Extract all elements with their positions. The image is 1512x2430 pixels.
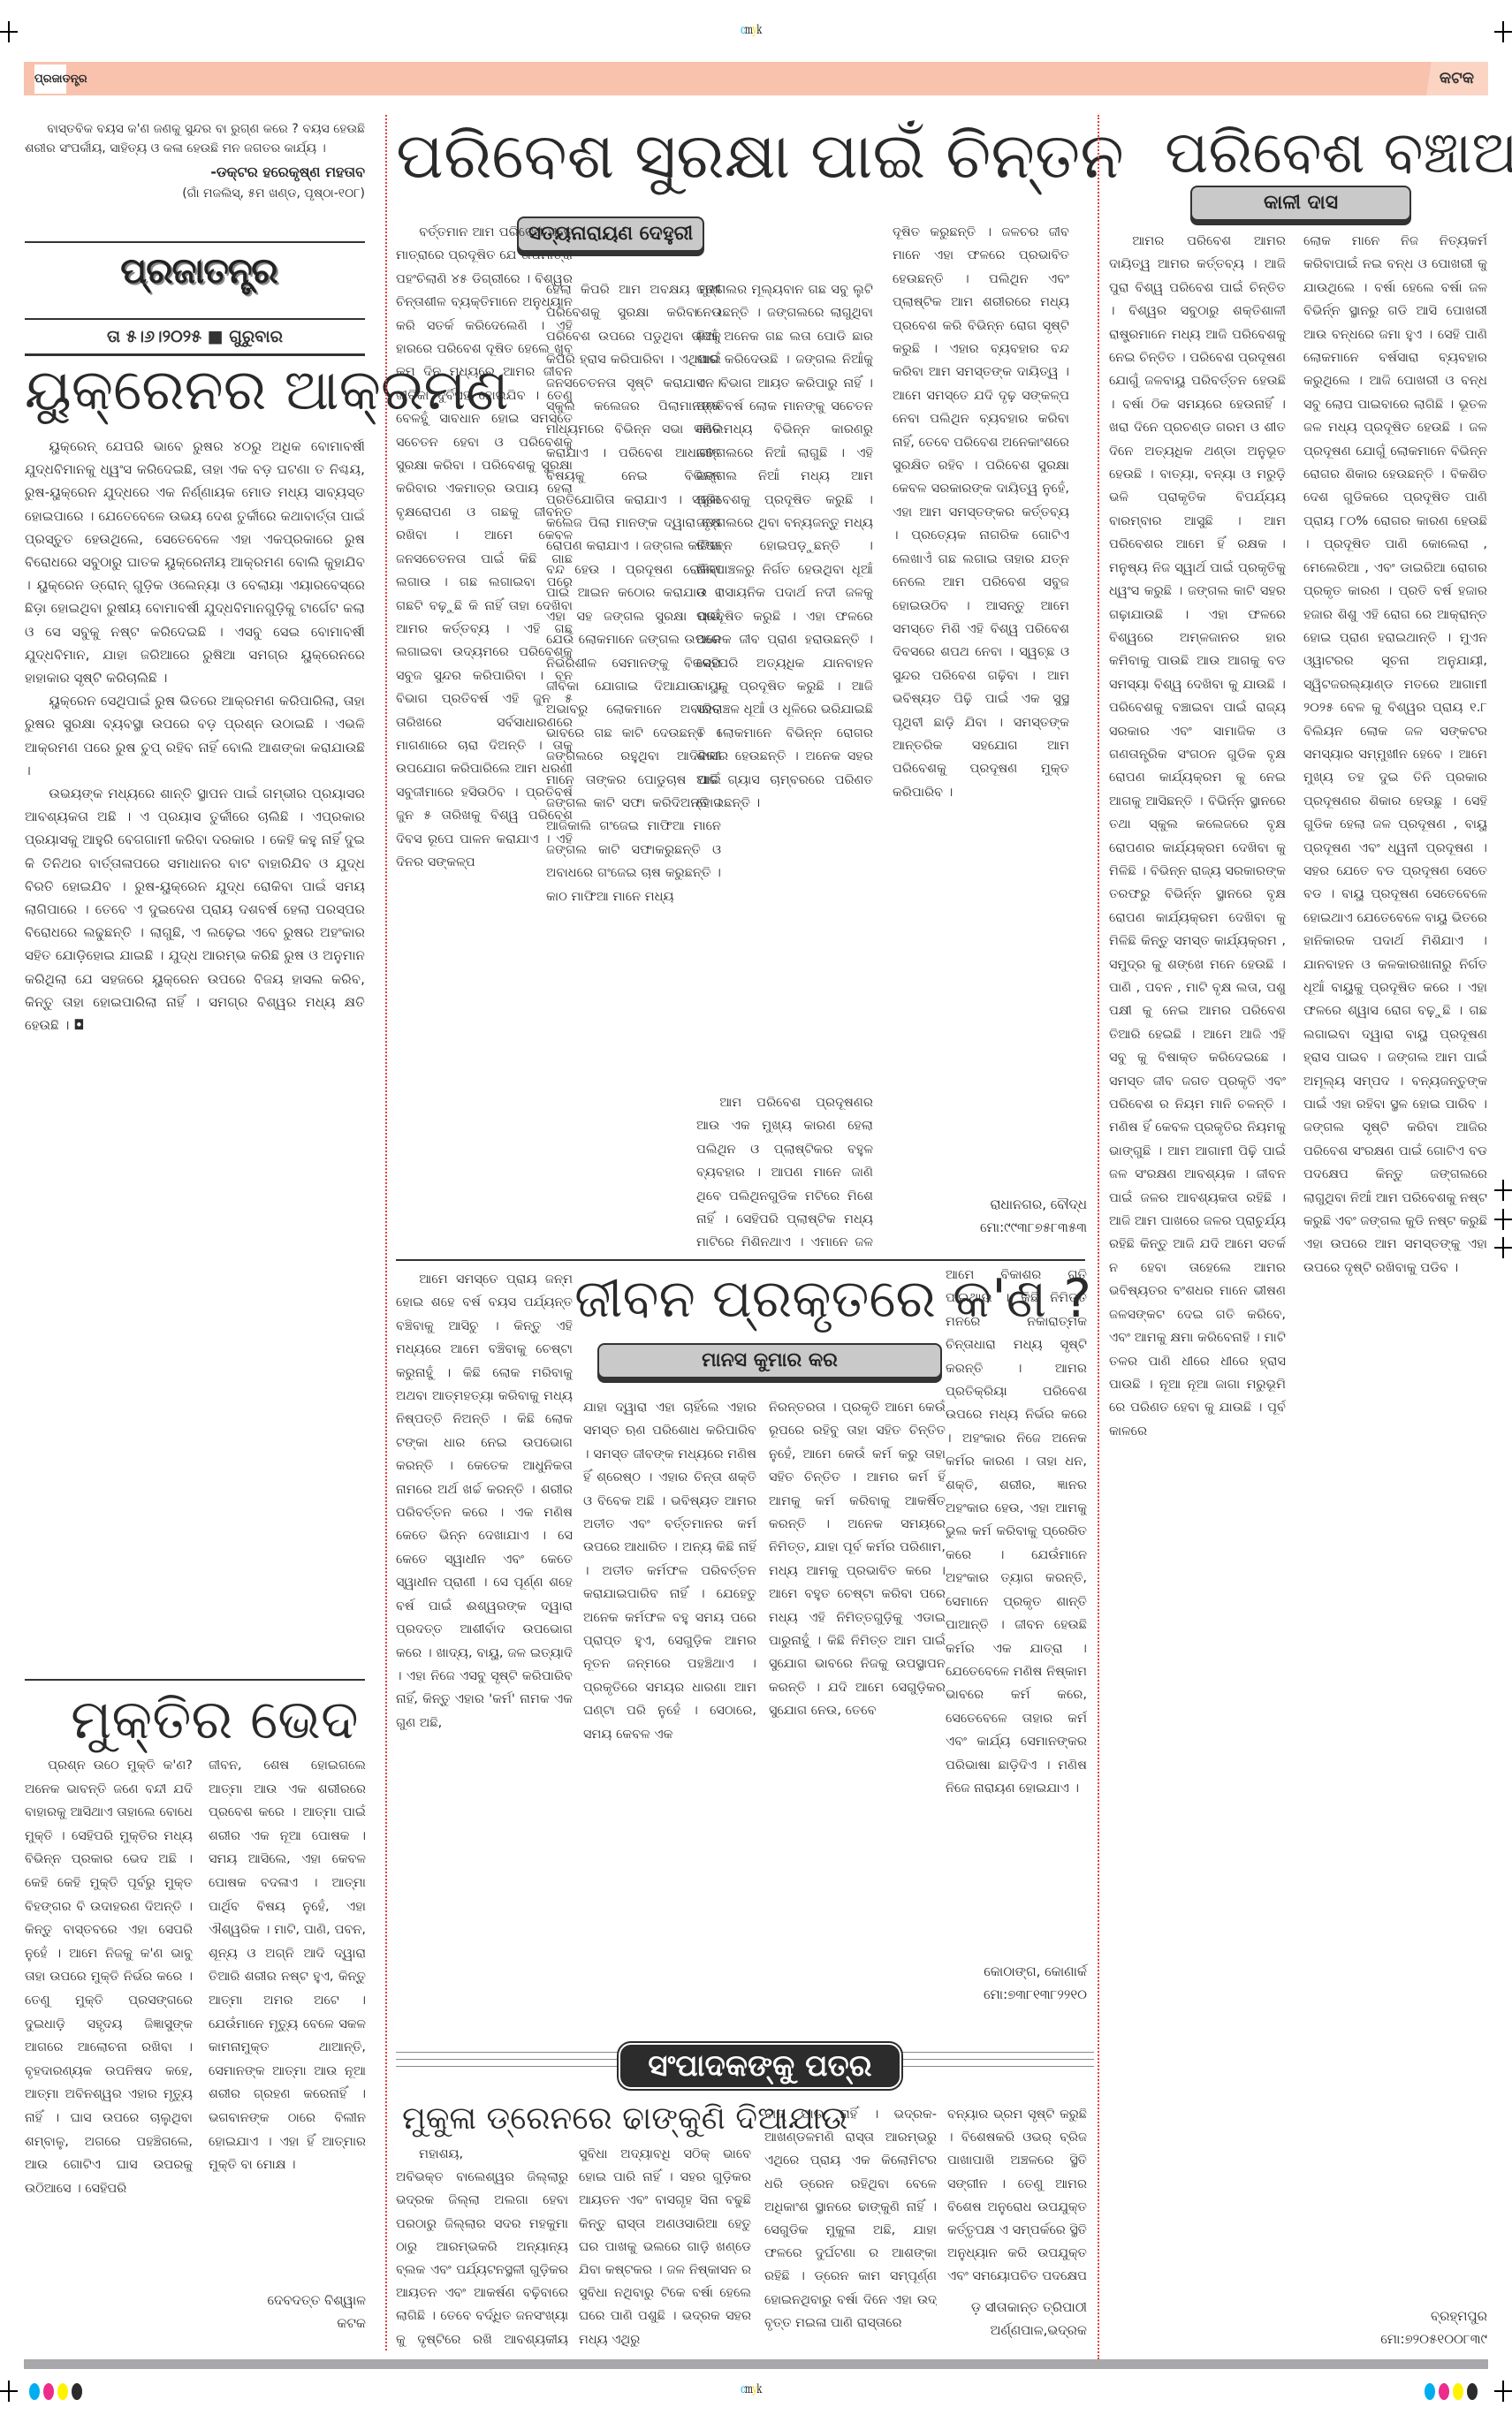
cmyk-label-top: cmyk [741,23,761,37]
author-phone: ମୋ:୯୯୩୮୭୫୮୩୫୩ [893,1216,1087,1239]
editorial-paragraph: ୟୁକ୍ରେନ ସେଥିପାଇଁ ରୁଷ ଭିତରେ ଆକ୍ରମଣ କରିପାର… [25,689,365,782]
author-phone: ମୋ:୭୩୮୧୩୮୨୨୧୦ [937,1983,1087,2006]
author-place: ଅର୍ଣ୍ଣପାଳ,ଭଦ୍ରକ [947,2319,1087,2342]
letter-signature: ଡ଼ ସୀତାକାନ୍ତ ତ୍ରିପାଠୀ ଅର୍ଣ୍ଣପାଳ,ଭଦ୍ରକ [947,2296,1087,2342]
cmyk-label-bottom: cmyk [741,2382,761,2396]
masthead-bar: ପ୍ରଜାତନ୍ତ୍ର କଟକ [24,62,1488,95]
life-article-headline: ଜୀବନ ପ୍ରକୃତରେ କ'ଣ ? [574,1272,946,1325]
masthead-logo: ପ୍ରଜାତନ୍ତ୍ର [34,65,66,94]
main-article-col-3: ଜଙ୍ଗଲର ମୂଲ୍ୟବାନ ଗଛ ସବୁ ଲୁଟି ନେଉଛନ୍ତି । ଜ… [696,278,873,1056]
letter-headline: ମୁକୁଳା ଡ୍ରେନରେ ଢାଙ୍କୁଣି ଦିଆଯାଉ [402,2103,756,2135]
magenta-dot [1439,2383,1449,2400]
crop-mark-top-right [1494,21,1512,42]
spiritual-headline: ମୁକ୍ତିର ଭେଦ [71,1692,336,1747]
quote-author: -ଡକ୍ଟର ହରେକୃଷ୍ଣ ମହତାବ [25,163,365,181]
article-paragraph: ଦୂଷିତ କରୁଛନ୍ତି । ଜଳଚର ଜୀବ ମାନେ ଏହା ଫଳରେ … [893,221,1069,804]
crop-mark-right [1494,1209,1512,1230]
article-paragraph: ଲୋକ ମାନେ ନିଜ ନିତ୍ୟକର୍ମ କରିବାପାଇଁ ନଇ ବନ୍ଧ… [1303,230,1487,1280]
author-place: ରାଧାନଗର, ବୌଦ୍ଧ [893,1193,1087,1216]
author-phone: ମୋ:୭୨୦୫୧୦୦୮୩୯ [1303,2327,1487,2350]
life-article-col-3: ନିରନ୍ତରତା । ପ୍ରକୃତି ଆମେ କେଉଁ ରୂପରେ ରହିବୁ… [769,1396,946,2010]
life-article-signature: କୋଠାଙ୍ଗ, କୋଣାର୍କ ମୋ:୭୩୮୧୩୮୨୨୧୦ [937,1960,1087,2006]
black-dot [72,2383,82,2400]
crop-mark-top-left [0,21,18,42]
article-paragraph: ଯାହା ଦ୍ୱାରା ଏହା ଚାହିଁଲେ ଏହାର ସମସ୍ତ ଋଣ ପର… [583,1396,756,1746]
editorial-paragraph: ଉଭୟଙ୍କ ମଧ୍ୟରେ ଶାନ୍ତି ସ୍ଥାପନ ପାଇଁ ଗମ୍ଭୀର … [25,782,365,1037]
quote-text: ବାସ୍ତବିକ ବୟସ କ'ଣ ଜଣକୁ ସୁନ୍ଦର ବା ରୁଗ୍ଣ କର… [25,119,365,158]
spiritual-author: ଦେବଦତ୍ତ ବିଶ୍ୱାଳ କଟକ [209,2289,366,2335]
column-separator [385,115,387,2350]
editorial-body: ୟୁକ୍ରେନ୍ ଯେପରି ଭାବେ ରୁଷର ୪୦ରୁ ଅଧିକ ବୋମାବ… [25,435,365,1656]
life-article-col-2: ଯାହା ଦ୍ୱାରା ଏହା ଚାହିଁଲେ ଏହାର ସମସ୍ତ ଋଣ ପର… [583,1396,756,2010]
right-article-signature: ବ୍ରହ୍ମପୁର ମୋ:୭୨୦୫୧୦୦୮୩୯ [1303,2305,1487,2350]
letter-paragraph: ବାଦ୍ ଯାଉ ନାହିଁ । ଭଦ୍ରକ-ଆଖଣ୍ଡଳମଣି ରାସ୍ତା … [764,2103,937,2335]
article-paragraph: ହେଲା କିପରି ଆମ ଅବକ୍ଷୟ ମୁଖୀ ପରିବେଶକୁ ସୁରକ୍… [546,278,721,908]
crop-mark-bottom-right [1494,2381,1512,2402]
article-paragraph: ଆମର ପରିବେଶ ଆମର ଦାୟିତ୍ୱ ଆମର କର୍ତ୍ତବ୍ୟ । ଆ… [1109,230,1286,1443]
footer-bar [24,2359,1488,2369]
spiritual-col-2: ଜୀବନ, ଶେଷ ହୋଇଗଲେ ଆତ୍ମା ଆଉ ଏକ ଶରୀରରେ ପ୍ରବ… [209,1754,366,2214]
life-article-col-1: ଆମେ ସମସ୍ତେ ପ୍ରାୟ ଜନ୍ମ ହୋଇ ଶହେ ବର୍ଷ ବୟସ ପ… [396,1268,573,2010]
letter-col-2: ସୁବିଧା ଅଦ୍ୟାବଧି ସଠିକ୍ ଭାବେ ହୋଇ ପାରି ନାହି… [579,2143,751,2355]
crop-mark-right [1494,1237,1512,1258]
yellow-dot [57,2383,68,2400]
column-separator [1098,115,1099,2359]
editorial-headline: ୟୁକ୍ରେନର ଆକ୍ରମଣ [25,362,374,419]
right-article-byline: କାଳୀ ଦାସ [1190,186,1411,221]
article-paragraph: ନିରନ୍ତରତା । ପ୍ରକୃତି ଆମେ କେଉଁ ରୂପରେ ରହିବୁ… [769,1396,946,1723]
article-paragraph: ଜଙ୍ଗଲର ମୂଲ୍ୟବାନ ଗଛ ସବୁ ଲୁଟି ନେଉଛନ୍ତି । ଜ… [696,278,873,815]
spiritual-paragraph: ଜୀବନ, ଶେଷ ହୋଇଗଲେ ଆତ୍ମା ଆଉ ଏକ ଶରୀରରେ ପ୍ରବ… [209,1754,366,2177]
cyan-dot [29,2383,40,2400]
masthead-city: କଟକ [1440,69,1474,87]
black-dot [1467,2383,1478,2400]
life-article-byline: ମାନସ କୁମାର କର [597,1343,942,1378]
right-article-col-2: ଲୋକ ମାନେ ନିଜ ନିତ୍ୟକର୍ମ କରିବାପାଇଁ ନଇ ବନ୍ଧ… [1303,230,1487,2306]
spiritual-col-1: ପ୍ରଶ୍ନ ଉଠେ ମୁକ୍ତି କ'ଣ? ଅନେକ ଭାବନ୍ତି ଜଣେ … [25,1754,193,2284]
letter-col-1: ମହାଶୟ, ଅବିଭକ୍ତ ବାଲେଶ୍ୱର ଜିଲ୍ଲାରୁ ଭଦ୍ରକ ଜ… [396,2143,568,2355]
main-article-col-3b: ଆମ ପରିବେଶ ପ୍ରଦୂଷଣର ଆଉ ଏକ ମୁଖ୍ୟ କାରଣ ହେଲା… [696,1091,873,1259]
main-article-col-2: ହେଲା କିପରି ଆମ ଅବକ୍ଷୟ ମୁଖୀ ପରିବେଶକୁ ସୁରକ୍… [546,278,721,1257]
main-article-signature: ରାଧାନଗର, ବୌଦ୍ଧ ମୋ:୯୯୩୮୭୫୮୩୫୩ [893,1193,1087,1239]
article-paragraph: ଆମେ ସମସ୍ତେ ପ୍ରାୟ ଜନ୍ମ ହୋଇ ଶହେ ବର୍ଷ ବୟସ ପ… [396,1268,573,1735]
quote-box: ବାସ୍ତବିକ ବୟସ କ'ଣ ଜଣକୁ ସୁନ୍ଦର ବା ରୁଗ୍ଣ କର… [25,119,365,201]
crop-mark-bottom-left [0,2381,18,2402]
spiritual-paragraph: ପ୍ରଶ୍ନ ଉଠେ ମୁକ୍ତି କ'ଣ? ଅନେକ ଭାବନ୍ତି ଜଣେ … [25,1754,193,2200]
author-place: କୋଠାଙ୍ଗ, କୋଣାର୍କ [937,1960,1087,1983]
quote-paragraph: ବାସ୍ତବିକ ବୟସ କ'ଣ ଜଣକୁ ସୁନ୍ଦର ବା ରୁଗ୍ଣ କର… [25,119,365,158]
crop-mark-right [1494,1180,1512,1201]
registration-dots-right [1425,2383,1478,2400]
letter-col-3: ବାଦ୍ ଯାଉ ନାହିଁ । ଭଦ୍ରକ-ଆଖଣ୍ଡଳମଣି ରାସ୍ତା … [764,2103,937,2355]
letter-paragraph: ବନ୍ୟାର ଭ୍ରମ ସୃଷ୍ଟି କରୁଛି । ବିଶେଷକରି ଓଭର୍… [947,2103,1087,2293]
divider [25,241,365,243]
right-article-col-1: ଆମର ପରିବେଶ ଆମର ଦାୟିତ୍ୱ ଆମର କର୍ତ୍ତବ୍ୟ । ଆ… [1109,230,1286,2350]
main-article-col-4: ଦୂଷିତ କରୁଛନ୍ତି । ଜଳଚର ଜୀବ ମାନେ ଏହା ଫଳରେ … [893,221,1069,1184]
author-place: ବ୍ରହ୍ମପୁର [1303,2305,1487,2327]
yellow-dot [1453,2383,1463,2400]
letter-paragraph: ମହାଶୟ, ଅବିଭକ୍ତ ବାଲେଶ୍ୱର ଜିଲ୍ଲାରୁ ଭଦ୍ରକ ଜ… [396,2143,568,2355]
article-paragraph: ଆମ ପରିବେଶ ପ୍ରଦୂଷଣର ଆଉ ଏକ ମୁଖ୍ୟ କାରଣ ହେଲା… [696,1091,873,1259]
divider [396,1259,1085,1261]
author-place: କଟକ [209,2312,366,2335]
letter-col-4: ବନ୍ୟାର ଭ୍ରମ ସୃଷ୍ଟି କରୁଛି । ବିଶେଷକରି ଓଭର୍… [947,2103,1087,2293]
author-name: ଦେବଦତ୍ତ ବିଶ୍ୱାଳ [209,2289,366,2312]
registration-dots-left [29,2383,82,2400]
quote-source: (ଗାଁ ମଜଲିସ୍, ୫ମ ଖଣ୍ଡ, ପୃଷ୍ଠା-୧୦୮) [25,186,365,201]
paper-logo: ପ୍ରଜାତନ୍ତ୍ର [106,250,292,303]
editorial-paragraph: ୟୁକ୍ରେନ୍ ଯେପରି ଭାବେ ରୁଷର ୪୦ରୁ ଅଧିକ ବୋମାବ… [25,435,365,689]
letters-section-label: ସଂପାଦକଙ୍କୁ ପତ୍ର [619,2043,901,2089]
right-article-headline: ପରିବେଶ ବଞ୍ଚାଅ [1165,124,1501,182]
cyan-dot [1425,2383,1435,2400]
divider [25,318,365,320]
divider [25,1679,365,1681]
article-paragraph: ଆମେ ବିକାଶର ଗତି ପାଇଥାଉ । କିଛି ନିମିତ୍ତ ମନର… [946,1264,1087,1800]
divider [25,353,365,356]
magenta-dot [43,2383,54,2400]
life-article-col-4: ଆମେ ବିକାଶର ଗତି ପାଇଥାଉ । କିଛି ନିମିତ୍ତ ମନର… [946,1264,1087,1953]
author-name: ଡ଼ ସୀତାକାନ୍ତ ତ୍ରିପାଠୀ [947,2296,1087,2319]
dateline: ତା ୫।୬।୨୦୨୫ ■ ଗୁରୁବାର [25,327,365,346]
letter-paragraph: ସୁବିଧା ଅଦ୍ୟାବଧି ସଠିକ୍ ଭାବେ ହୋଇ ପାରି ନାହି… [579,2143,751,2351]
main-article-headline: ପରିବେଶ ସୁରକ୍ଷା ପାଇଁ ଚିନ୍ତନ [396,124,1129,187]
